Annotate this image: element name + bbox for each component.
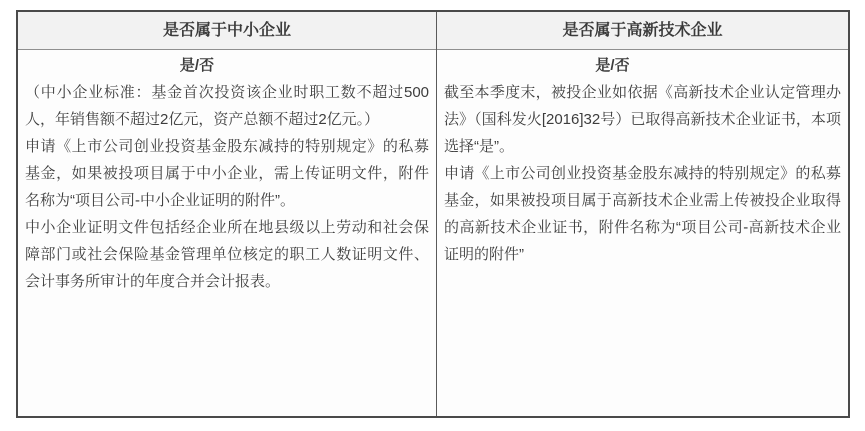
answer-high-tech: 是/否: [444, 52, 781, 79]
sme-paragraph-standard: （中小企业标准：基金首次投资该企业时职工数不超过500人，年销售额不超过2亿元，…: [25, 79, 429, 133]
high-tech-paragraph-attachment: 申请《上市公司创业投资基金股东减持的特别规定》的私募基金，如果被投项目属于高新技…: [444, 160, 841, 268]
cell-sme: 是/否 （中小企业标准：基金首次投资该企业时职工数不超过500人，年销售额不超过…: [18, 50, 436, 416]
enterprise-qualification-table: 是否属于中小企业 是/否 （中小企业标准：基金首次投资该企业时职工数不超过500…: [16, 10, 850, 418]
sme-paragraph-proof-docs: 中小企业证明文件包括经企业所在地县级以上劳动和社会保障部门或社会保险基金管理单位…: [25, 214, 429, 295]
sme-paragraph-attachment: 申请《上市公司创业投资基金股东减持的特别规定》的私募基金，如果被投项目属于中小企…: [25, 133, 429, 214]
high-tech-paragraph-certificate: 截至本季度末，被投企业如依据《高新技术企业认定管理办法》（国科发火[2016]3…: [444, 79, 841, 160]
answer-sme: 是/否: [25, 52, 369, 79]
header-high-tech: 是否属于高新技术企业: [437, 12, 848, 50]
cell-high-tech: 是/否 截至本季度末，被投企业如依据《高新技术企业认定管理办法》（国科发火[20…: [437, 50, 848, 416]
column-sme: 是否属于中小企业 是/否 （中小企业标准：基金首次投资该企业时职工数不超过500…: [18, 12, 437, 416]
page: 是否属于中小企业 是/否 （中小企业标准：基金首次投资该企业时职工数不超过500…: [0, 0, 865, 431]
column-high-tech: 是否属于高新技术企业 是/否 截至本季度末，被投企业如依据《高新技术企业认定管理…: [437, 12, 848, 416]
header-sme: 是否属于中小企业: [18, 12, 436, 50]
